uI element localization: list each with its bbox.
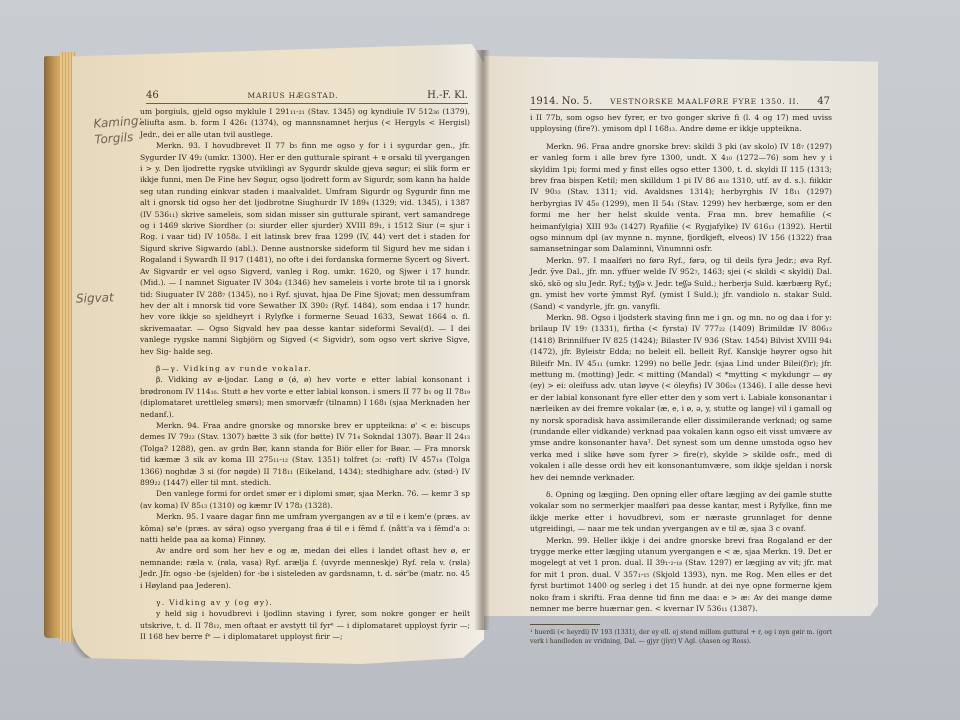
open-book: 46 Marius Hægstad. H.-F. Kl. Kaming: Tor… — [0, 0, 960, 720]
paragraph: y held sig i hovudbrevi i ljodlinn stavi… — [140, 608, 470, 642]
paragraph-merkn-95: Merkn. 95. I vaare dagar finn me umfram … — [140, 511, 470, 545]
margin-note-kaming: Kaming: Torgils — [93, 112, 144, 147]
left-page-body: um þorgiuls, gjeld ogso myklule I 291₁₁-… — [140, 106, 470, 643]
paragraph: i II 77b, som ogso hev fyrer, er tvo gon… — [530, 112, 832, 135]
paragraph-merkn-96: Merkn. 96. Fraa andre gnorske brev: skil… — [530, 141, 832, 255]
paragraph: um þorgiuls, gjeld ogso myklule I 291₁₁-… — [140, 106, 470, 140]
right-running-head: 1914. No. 5. Vestnorske maalføre fyre 13… — [530, 96, 830, 110]
paragraph-merkn-93: Merkn. 93. I hovudbrevet II 77 b₅ finn m… — [140, 140, 470, 357]
section-heading-runde-vokalar: β—γ. Vidking av runde vokalar. — [140, 363, 470, 374]
paragraph-opning-laegjing: δ. Opning og lægjing. Den opning eller o… — [530, 489, 832, 535]
margin-note-line: Sigvat — [76, 289, 114, 306]
left-page-number: 46 — [146, 90, 159, 101]
book-gutter — [474, 50, 490, 630]
section-heading-vidking-y: γ. Vidking av y (og øy). — [140, 597, 470, 608]
margin-note-sigvat: Sigvat — [76, 289, 114, 306]
paragraph: Den vanlege formi for ordet smør er i di… — [140, 488, 470, 511]
paragraph-merkn-98: Merkn. 98. Ogso i ljodsterk staving finn… — [530, 312, 832, 483]
paragraph-vidking-o: β. Vidking av ø-ljodar. Lang ø (ǿ, ø) he… — [140, 374, 470, 420]
paragraph-merkn-97: Merkn. 97. I maalføri no førə Ryf., førə… — [530, 255, 832, 312]
paragraph-merkn-99: Merkn. 99. Heller ikkje i dei andre gnor… — [530, 535, 832, 615]
right-page-number: 47 — [817, 96, 830, 107]
right-running-title: Vestnorske maalføre fyre 1350. II. — [610, 97, 799, 106]
footnote-rule — [530, 624, 600, 625]
right-year-number: 1914. No. 5. — [530, 96, 592, 107]
margin-note-line: Torgils — [94, 128, 144, 147]
margin-note-line: Kaming: — [93, 112, 143, 131]
paragraph-merkn-94: Merkn. 94. Fraa andre gnorske og mnorske… — [140, 420, 470, 488]
footnote: ¹ huerdi (< heyrdi) IV 193 (1331), der e… — [530, 628, 832, 646]
left-running-title: Marius Hægstad. — [247, 91, 338, 100]
paragraph: Av andre ord som her hev e og æ, medan d… — [140, 545, 470, 591]
left-section-mark: H.-F. Kl. — [427, 90, 468, 101]
left-running-head: 46 Marius Hægstad. H.-F. Kl. — [146, 90, 468, 104]
right-page-body: i II 77b, som ogso hev fyrer, er tvo gon… — [530, 112, 832, 646]
